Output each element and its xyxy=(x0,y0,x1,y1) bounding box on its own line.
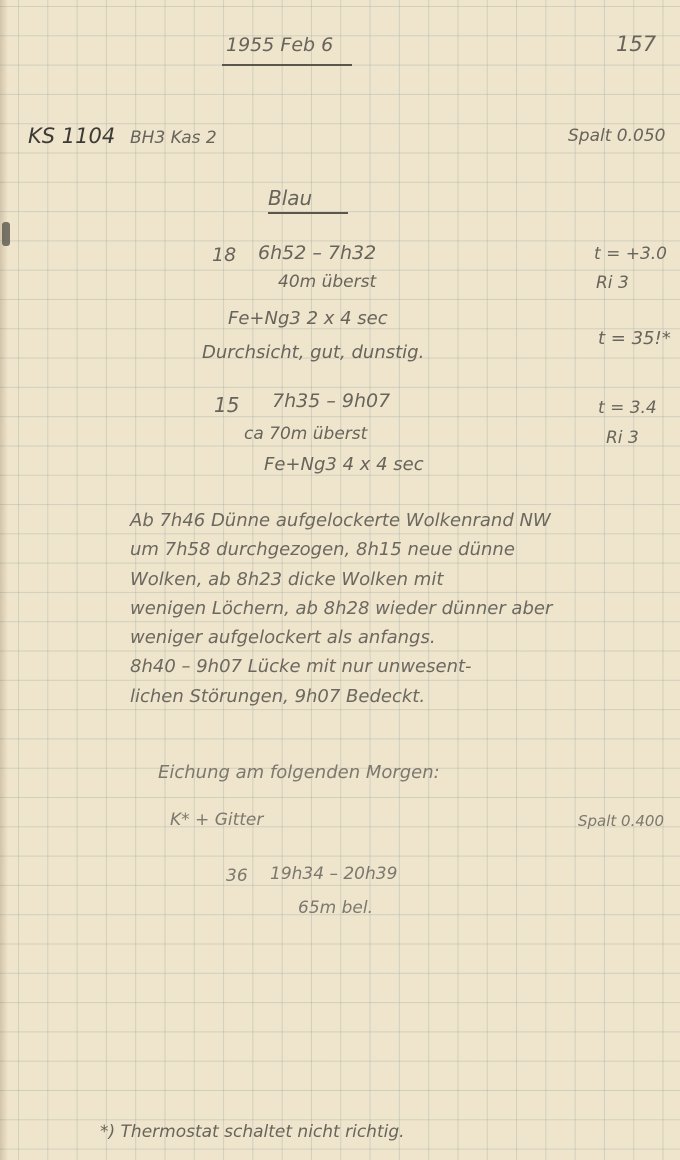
section-title: Blau xyxy=(268,188,348,214)
header-date: 1955 Feb 6 xyxy=(226,36,333,55)
remark-line: um 7h58 durchgezogen, 8h15 neue dünne xyxy=(130,535,552,564)
page-binding-edge xyxy=(0,0,8,1160)
instrument: BH3 Kas 2 xyxy=(130,130,217,147)
exposure-1-extra: t = 35!* xyxy=(598,330,671,348)
remark-line: Wolken, ab 8h23 dicke Wolken mit xyxy=(130,565,552,594)
exposure-1-temp: t = +3.0 xyxy=(594,246,667,263)
exposure-2-number: 15 xyxy=(214,395,239,415)
exposure-2-temp: t = 3.4 xyxy=(598,400,657,417)
exposure-1-note: 40m überst xyxy=(278,274,376,291)
ink-mark xyxy=(2,222,10,246)
exposure-1-seeing: Durchsicht, gut, dunstig. xyxy=(202,344,424,362)
remark-line: wenigen Löchern, ab 8h28 wieder dünner a… xyxy=(130,594,552,623)
remark-line: weniger aufgelockert als anfangs. xyxy=(130,623,552,652)
remark-line: lichen Störungen, 9h07 Bedeckt. xyxy=(130,682,552,711)
exposure-1-time: 6h52 – 7h32 xyxy=(258,244,376,263)
calibration-slit: Spalt 0.400 xyxy=(578,814,664,829)
calibration-duration: 65m bel. xyxy=(298,900,373,917)
calibration-time: 19h34 – 20h39 xyxy=(270,866,397,883)
exposure-2-note: ca 70m überst xyxy=(244,426,367,443)
remark-line: Ab 7h46 Dünne aufgelockerte Wolkenrand N… xyxy=(130,506,552,535)
calibration-source: K* + Gitter xyxy=(170,812,263,829)
date-underline xyxy=(222,64,352,66)
slit-width: Spalt 0.050 xyxy=(568,128,665,145)
page-number: 157 xyxy=(616,34,656,55)
exposure-2-filter: Fe+Ng3 4 x 4 sec xyxy=(264,456,424,474)
notebook-page: 1955 Feb 6 157 KS 1104 BH3 Kas 2 Spalt 0… xyxy=(0,0,680,1160)
remarks-block: Ab 7h46 Dünne aufgelockerte Wolkenrand N… xyxy=(130,506,552,711)
remark-line: 8h40 – 9h07 Lücke mit nur unwesent- xyxy=(130,652,552,681)
exposure-2-ri: Ri 3 xyxy=(606,430,639,447)
calibration-number: 36 xyxy=(226,868,248,885)
exposure-1-filter: Fe+Ng3 2 x 4 sec xyxy=(228,310,388,328)
exposure-1-number: 18 xyxy=(212,246,236,265)
footnote: *) Thermostat schaltet nicht richtig. xyxy=(100,1124,405,1141)
plate-id: KS 1104 xyxy=(28,126,115,147)
calibration-heading: Eichung am folgenden Morgen: xyxy=(158,764,440,782)
exposure-1-ri: Ri 3 xyxy=(596,275,629,292)
exposure-2-time: 7h35 – 9h07 xyxy=(272,392,390,411)
